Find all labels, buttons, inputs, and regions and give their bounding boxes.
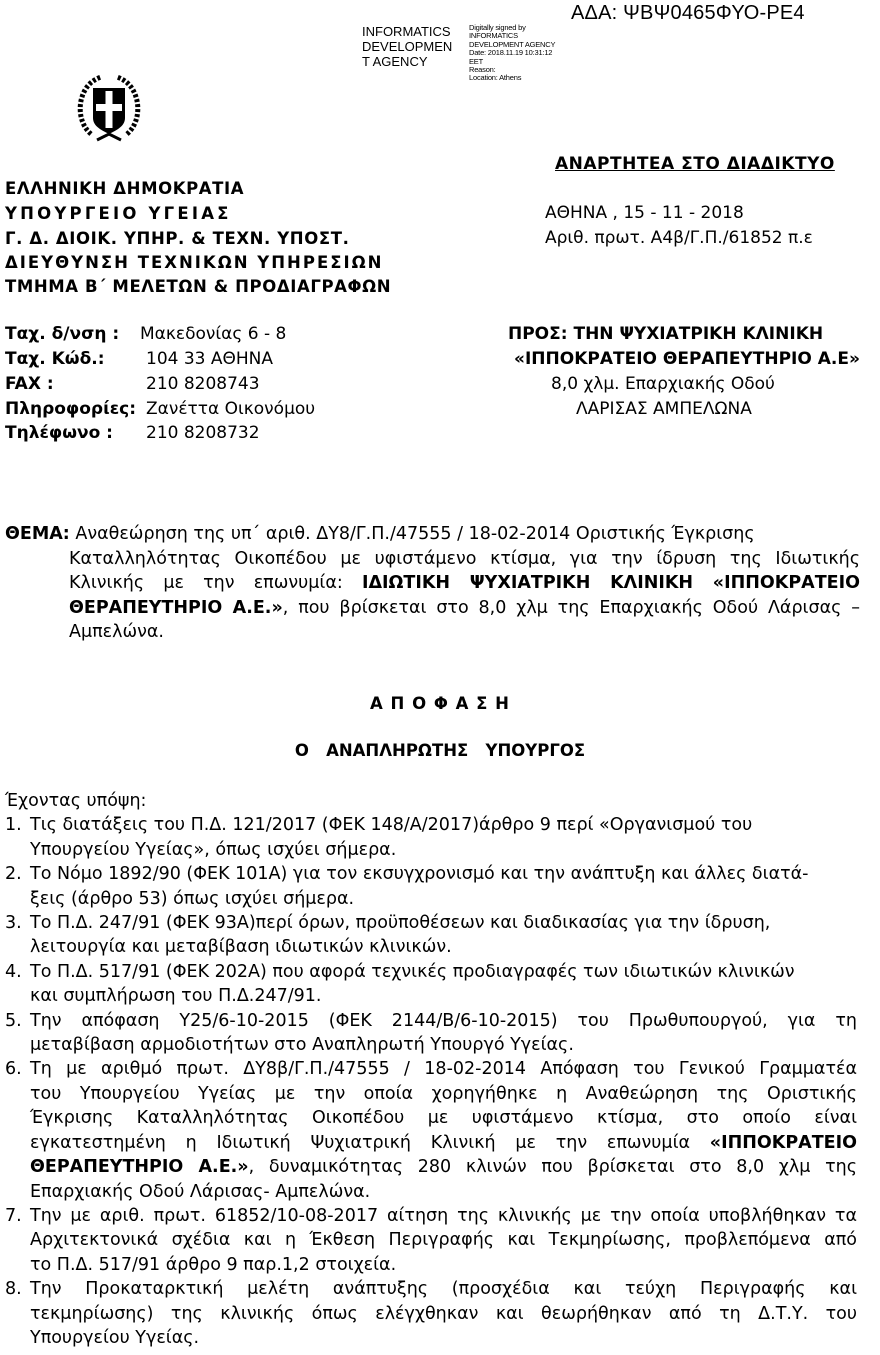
postcode-value: 104 33 ΑΘΗΝΑ — [146, 349, 273, 369]
recipient-address: 8,0 χλμ. Επαρχιακής Οδού — [551, 374, 775, 394]
item-text: του Υπουργείου Υγείας με την οποία χορηγ… — [5, 1082, 857, 1106]
subject-clinic-name: ΘΕΡΑΠΕΥΤΗΡΙΟ Α.Ε.» — [69, 598, 283, 618]
item-text: Υπουργείου Υγείας. — [5, 1326, 857, 1350]
address-value: Μακεδονίας 6 - 8 — [140, 324, 286, 344]
clinic-name: ΘΕΡΑΠΕΥΤΗΡΙΟ Α.Ε.» — [30, 1157, 249, 1177]
item-number: 8. — [5, 1277, 22, 1301]
minister-title: Ο ΑΝΑΠΛΗΡΩΤΗΣ ΥΠΟΥΡΓΟΣ — [0, 741, 880, 760]
item-text: Τη με αριθμό πρωτ. ΔΥ8β/Γ.Π./47555 / 18-… — [5, 1057, 857, 1081]
header-republic: ΕΛΛΗΝΙΚΗ ΔΗΜΟΚΡΑΤΙΑ — [5, 179, 244, 198]
item-text: Έγκρισης Καταλληλότητας Οικοπέδου με υφι… — [5, 1106, 857, 1130]
item-text: Το Νόμο 1892/90 (ΦΕΚ 101Α) για τον εκσυγ… — [5, 862, 857, 886]
item-number: 7. — [5, 1204, 22, 1228]
item-number: 2. — [5, 862, 22, 886]
item-text-part: , δυναμικότητας 280 κλινών που βρίσκεται… — [249, 1157, 857, 1177]
address-label: Ταχ. δ/νση : — [5, 324, 119, 344]
item-text: ΘΕΡΑΠΕΥΤΗΡΙΟ Α.Ε.», δυναμικότητας 280 κλ… — [5, 1155, 857, 1179]
decision-title: Α Π Ο Φ Α Σ Η — [0, 694, 880, 713]
item-text: Την με αριθ. πρωτ. 61852/10-08-2017 αίτη… — [5, 1204, 857, 1228]
item-text: Το Π.Δ. 517/91 (ΦΕΚ 202Α) που αφορά τεχν… — [5, 960, 857, 984]
item-text: Υπουργείου Υγείας», όπως ισχύει σήμερα. — [5, 838, 857, 862]
item-number: 5. — [5, 1009, 22, 1033]
recipient-clinic-name: «ΙΠΠΟΚΡΑΤΕΙΟ ΘΕΡΑΠΕΥΤΗΡΙΟ Α.Ε» — [514, 349, 860, 369]
subject-line: Αμπελώνα. — [5, 620, 860, 645]
phone-label: Τηλέφωνο : — [5, 423, 113, 443]
publish-notice: ΑΝΑΡΤΗΤΕΑ ΣΤΟ ΔΙΑΔΙΚΤΥΟ — [555, 154, 835, 174]
item-number: 4. — [5, 960, 22, 984]
fax-value: 210 8208743 — [146, 374, 260, 394]
protocol-number: Αριθ. πρωτ. Α4β/Γ.Π./61852 π.ε — [545, 228, 813, 248]
item-text: μεταβίβαση αρμοδιοτήτων στο Αναπληρωτή Υ… — [5, 1033, 857, 1057]
recipient-city: ΛΑΡΙΣΑΣ ΑΜΠΕΛΩΝΑ — [576, 399, 752, 419]
item-number: 6. — [5, 1057, 22, 1081]
signer-line: INFORMATICS — [362, 24, 452, 39]
list-item: 3. Το Π.Δ. 247/91 (ΦΕΚ 93Α)περί όρων, πρ… — [5, 911, 857, 960]
subject-line: ΘΕΜΑ: Αναθεώρηση της υπ΄ αριθ. ΔΥ8/Γ.Π./… — [5, 522, 860, 547]
subject-line: ΘΕΡΑΠΕΥΤΗΡΙΟ Α.Ε.», που βρίσκεται στο 8,… — [5, 596, 860, 621]
subject-block: ΘΕΜΑ: Αναθεώρηση της υπ΄ αριθ. ΔΥ8/Γ.Π./… — [5, 522, 860, 645]
item-text: λειτουργία και μεταβίβαση ιδιωτικών κλιν… — [5, 935, 857, 959]
list-item: 1. Τις διατάξεις του Π.Δ. 121/2017 (ΦΕΚ … — [5, 813, 857, 862]
subject-line: Κλινικής με την επωνυμία: ΙΔΙΩΤΙΚΗ ΨΥΧΙΑ… — [5, 571, 860, 596]
list-item: 5. Την απόφαση Υ25/6-10-2015 (ΦΕΚ 2144/Β… — [5, 1009, 857, 1058]
info-value: Ζανέττα Οικονόμου — [146, 399, 315, 419]
signature-details[interactable]: Digitally signed by INFORMATICS DEVELOPM… — [469, 24, 555, 83]
signature-detail-line: Location: Athens — [469, 74, 555, 82]
phone-value: 210 8208732 — [146, 423, 260, 443]
list-item: 8. Την Προκαταρκτική μελέτη ανάπτυξης (π… — [5, 1277, 857, 1350]
ada-code: ΑΔΑ: ΨΒΨ0465ΦΥΟ-ΡΕ4 — [571, 2, 805, 25]
header-department: ΤΜΗΜΑ Β΄ ΜΕΛΕΤΩΝ & ΠΡΟΔΙΑΓΡΑΦΩΝ — [5, 277, 391, 296]
item-text-part: εγκατεστημένη η Ιδιωτική Ψυχιατρική Κλιν… — [30, 1133, 710, 1153]
list-item: 6. Τη με αριθμό πρωτ. ΔΥ8β/Γ.Π./47555 / … — [5, 1057, 857, 1203]
item-text: και συμπλήρωση του Π.Δ.247/91. — [5, 984, 857, 1008]
item-text: Την απόφαση Υ25/6-10-2015 (ΦΕΚ 2144/Β/6-… — [5, 1009, 857, 1033]
signature-signer: INFORMATICS DEVELOPMEN T AGENCY — [362, 24, 452, 69]
list-item: 7. Την με αριθ. πρωτ. 61852/10-08-2017 α… — [5, 1204, 857, 1277]
item-number: 3. — [5, 911, 22, 935]
item-text: ξεις (άρθρο 53) όπως ισχύει σήμερα. — [5, 887, 857, 911]
considering-list: Έχοντας υπόψη: 1. Τις διατάξεις του Π.Δ.… — [5, 789, 857, 1350]
subject-line: Καταλληλότητας Οικοπέδου με υφιστάμενο κ… — [5, 547, 860, 572]
subject-clinic-name: ΙΔΙΩΤΙΚΗ ΨΥΧΙΑΤΡΙΚΗ ΚΛΙΝΙΚΗ «ΙΠΠΟΚΡΑΤΕΙΟ — [362, 573, 860, 593]
postcode-label: Ταχ. Κώδ.: — [5, 349, 105, 369]
item-number: 1. — [5, 813, 22, 837]
item-text: το Π.Δ. 517/91 άρθρο 9 παρ.1,2 στοιχεία. — [5, 1253, 857, 1277]
item-text: Αρχιτεκτονικά σχέδια και η Έκθεση Περιγρ… — [5, 1228, 857, 1252]
signer-line: T AGENCY — [362, 54, 452, 69]
subject-text: Κλινικής με την επωνυμία: — [69, 573, 362, 593]
item-text: Τις διατάξεις του Π.Δ. 121/2017 (ΦΕΚ 148… — [5, 813, 857, 837]
subject-label: ΘΕΜΑ: — [5, 524, 70, 544]
header-directorate: ΔΙΕΥΘΥΝΣΗ ΤΕΧΝΙΚΩΝ ΥΠΗΡΕΣΙΩΝ — [5, 253, 383, 272]
item-text: εγκατεστημένη η Ιδιωτική Ψυχιατρική Κλιν… — [5, 1131, 857, 1155]
item-text: Το Π.Δ. 247/91 (ΦΕΚ 93Α)περί όρων, προϋπ… — [5, 911, 857, 935]
subject-text: Αναθεώρηση της υπ΄ αριθ. ΔΥ8/Γ.Π./47555 … — [70, 524, 755, 544]
recipient-line-1: ΠΡΟΣ: ΤΗΝ ΨΥΧΙΑΤΡΙΚΗ ΚΛΙΝΙΚΗ — [508, 324, 823, 344]
subject-text: , που βρίσκεται στο 8,0 χλμ της Επαρχιακ… — [283, 598, 860, 618]
list-item: 2. Το Νόμο 1892/90 (ΦΕΚ 101Α) για τον εκ… — [5, 862, 857, 911]
item-text: τεκμηρίωσης) της κλινικής όπως ελέγχθηκα… — [5, 1302, 857, 1326]
list-item: 4. Το Π.Δ. 517/91 (ΦΕΚ 202Α) που αφορά τ… — [5, 960, 857, 1009]
info-label: Πληροφορίες: — [5, 399, 136, 419]
header-general-directorate: Γ. Δ. ΔΙΟΙΚ. ΥΠΗΡ. & ΤΕΧΝ. ΥΠΟΣΤ. — [5, 229, 349, 248]
considering-intro: Έχοντας υπόψη: — [5, 789, 857, 813]
clinic-name: «ΙΠΠΟΚΡΑΤΕΙΟ — [710, 1133, 857, 1153]
fax-label: FAX : — [5, 374, 54, 394]
greek-coat-of-arms-icon — [77, 74, 141, 150]
document-date: ΑΘΗΝΑ , 15 - 11 - 2018 — [545, 203, 744, 223]
header-ministry: ΥΠΟΥΡΓΕΙΟ ΥΓΕΙΑΣ — [5, 204, 232, 223]
item-text: Την Προκαταρκτική μελέτη ανάπτυξης (προσ… — [5, 1277, 857, 1301]
item-text: Επαρχιακής Οδού Λάρισας- Αμπελώνα. — [5, 1180, 857, 1204]
signer-line: DEVELOPMEN — [362, 39, 452, 54]
